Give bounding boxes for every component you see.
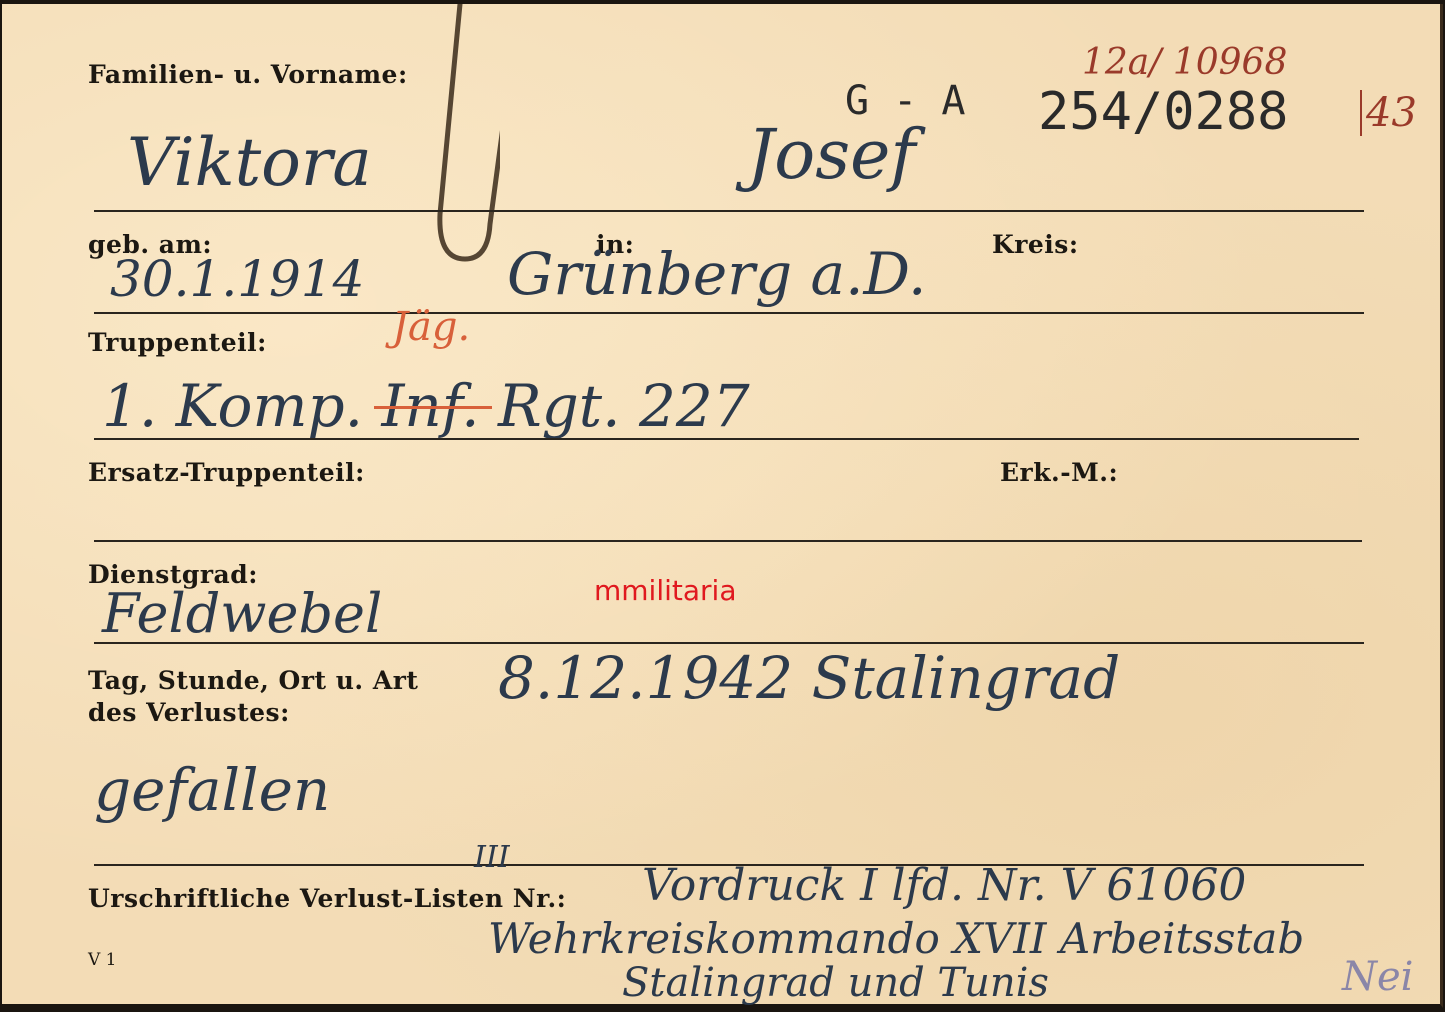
paperclip-stain-icon (420, 4, 500, 264)
entry-loss-type: gefallen (94, 756, 330, 824)
rule-1 (94, 210, 1364, 212)
entry-loss-list-line1: Vordruck I lfd. Nr. V 61060 (642, 860, 1246, 911)
red-file-suffix: 43 (1360, 90, 1417, 136)
entry-unit-correction: Jäg. (392, 304, 470, 350)
entry-birth-date: 30.1.1914 (110, 250, 364, 308)
entry-rank: Feldwebel (102, 582, 382, 645)
entry-loss-list-line2: Wehrkreiskommando XVII Arbeitsstab (488, 914, 1304, 963)
label-loss-line2: des Verlustes: (88, 698, 290, 727)
entry-surname: Viktora (127, 124, 372, 201)
rule-3 (94, 438, 1359, 440)
entry-loss-list-line3: Stalingrad und Tunis (622, 960, 1049, 1006)
label-name: Familien- u. Vorname: (88, 60, 408, 89)
rule-4 (94, 540, 1362, 542)
entry-given-name: Josef (747, 116, 916, 195)
label-loss-lists: Urschriftliche Verlust-Listen Nr.: (88, 884, 566, 913)
red-file-number: 12a/ 10968 (1082, 42, 1287, 83)
label-erk-m: Erk.-M.: (1000, 458, 1118, 487)
label-replacement-unit: Ersatz-Truppenteil: (88, 458, 365, 487)
strike-through (374, 406, 492, 409)
entry-pencil-note: Nei (1342, 954, 1413, 1000)
rule-2 (94, 312, 1364, 314)
label-district: Kreis: (992, 230, 1079, 259)
form-code: V 1 (88, 950, 117, 970)
watermark: mmilitaria (594, 574, 736, 607)
entry-loss-date-place: 8.12.1942 Stalingrad (498, 644, 1120, 712)
entry-loss-list-mark: III (474, 840, 510, 875)
label-unit: Truppenteil: (88, 328, 267, 357)
label-loss-line1: Tag, Stunde, Ort u. Art (88, 666, 418, 695)
casualty-record-card: Familien- u. Vorname: G - A 254/0288 12a… (2, 4, 1443, 1008)
entry-birth-place: Grünberg a.D. (507, 240, 926, 308)
stamp-number: 254/0288 (1038, 82, 1288, 142)
